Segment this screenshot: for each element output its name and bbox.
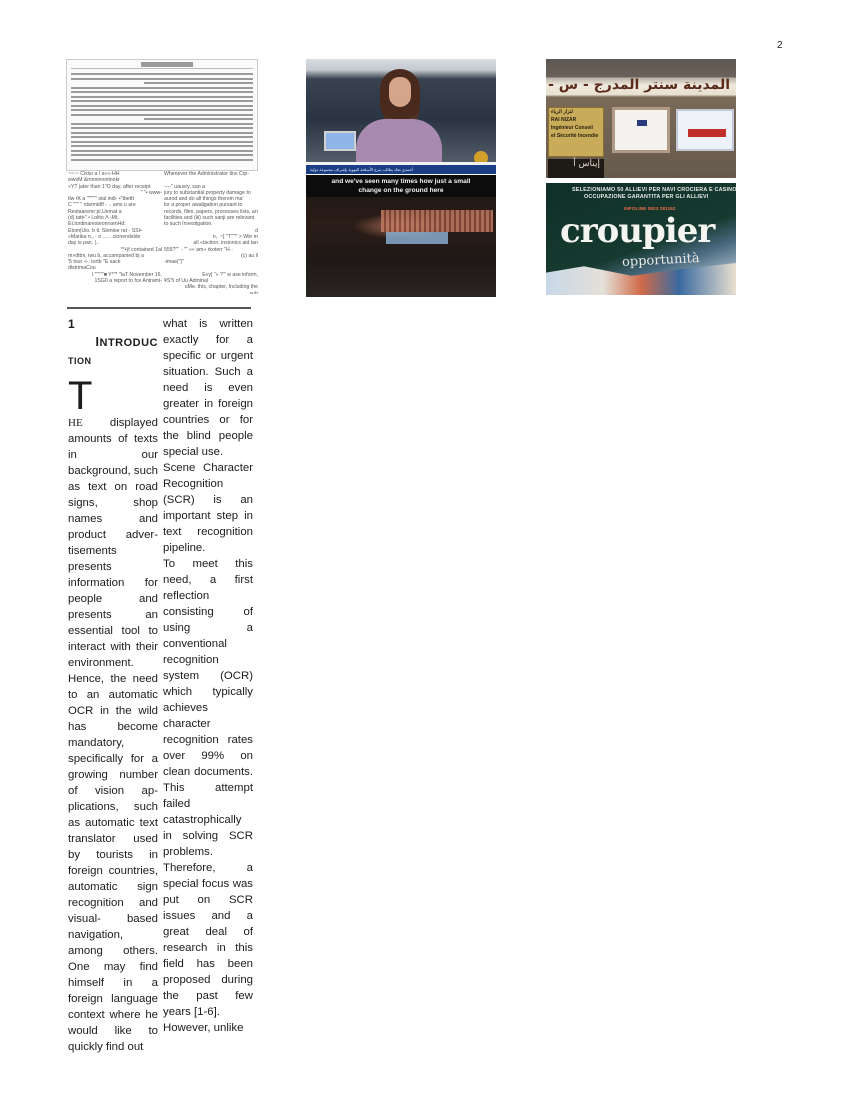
drop-cap: T xyxy=(68,379,158,415)
croupier-poster-photo: SELEZIONIAMO 50 ALLIEVI PER NAVI CROCIER… xyxy=(546,183,736,295)
paragraph: To meet this need, a first reflection co… xyxy=(163,556,253,860)
paragraph: Scene Character Recognition (SCR) is an … xyxy=(163,460,253,556)
section-title: INTRODUC TION xyxy=(68,334,158,369)
body-left-column: 1 INTRODUC TION T HE displayed amounts o… xyxy=(68,316,158,1055)
paragraph: Therefore, a special focus was put on SC… xyxy=(163,860,253,1020)
section-number: 1 xyxy=(68,316,158,332)
poster-main-word: croupier xyxy=(560,211,714,251)
gold-name-plate: لنزار الرباء RAI NIZAR Ingénieur Conseil… xyxy=(548,107,604,157)
figure-document-scan: ~~-~ Cixisr a l a»«-HH wwsM &mnninnntinn… xyxy=(66,59,258,294)
arabic-signboard-photo: المدينة سنتر المدرج - س - لنزار الرباء R… xyxy=(546,59,736,178)
night-lit-screen xyxy=(386,232,448,244)
figure-separator-rule xyxy=(67,307,251,309)
paragraph: However, unlike xyxy=(163,1020,253,1036)
night-building-roof xyxy=(381,210,493,232)
news-ticker: أحمدي نجاد يطالب بنزع الأسلحة النووية بإ… xyxy=(306,165,496,174)
night-scene-photo: and we've seen many times how just a sma… xyxy=(306,175,496,297)
english-doc-right-column: Whenever the Administrator tins Crp- ---… xyxy=(164,171,258,294)
news-anchor-photo xyxy=(306,59,496,169)
video-subtitle: and we've seen many times how just a sma… xyxy=(306,175,496,197)
body-right-column: what is written exactly for a specific o… xyxy=(163,316,253,1036)
intro-paragraph: HE displayed amounts of texts in our bac… xyxy=(68,415,158,1055)
poster-sub-word: opportunità xyxy=(622,251,700,270)
white-name-plate xyxy=(612,107,670,153)
arabic-document-region xyxy=(66,59,258,171)
english-doc-left-column: ~~-~ Cixisr a l a»«-HH wwsM &mnninnntinn… xyxy=(68,171,162,284)
paragraph: what is written exactly for a specific o… xyxy=(163,316,253,460)
studio-monitor xyxy=(324,131,356,151)
black-name-plate: إيناس أ xyxy=(548,159,604,178)
page-number: 2 xyxy=(777,40,783,51)
blue-name-plate xyxy=(676,109,734,151)
poster-headline: SELEZIONIAMO 50 ALLIEVI PER NAVI CROCIER… xyxy=(572,187,736,201)
english-document-region: ~~-~ Cixisr a l a»«-HH wwsM &mnninnntinn… xyxy=(66,171,258,294)
arabic-sign-text: المدينة سنتر المدرج - س - xyxy=(548,77,730,93)
anchor-face xyxy=(389,77,411,107)
arabic-document-header xyxy=(71,63,253,69)
